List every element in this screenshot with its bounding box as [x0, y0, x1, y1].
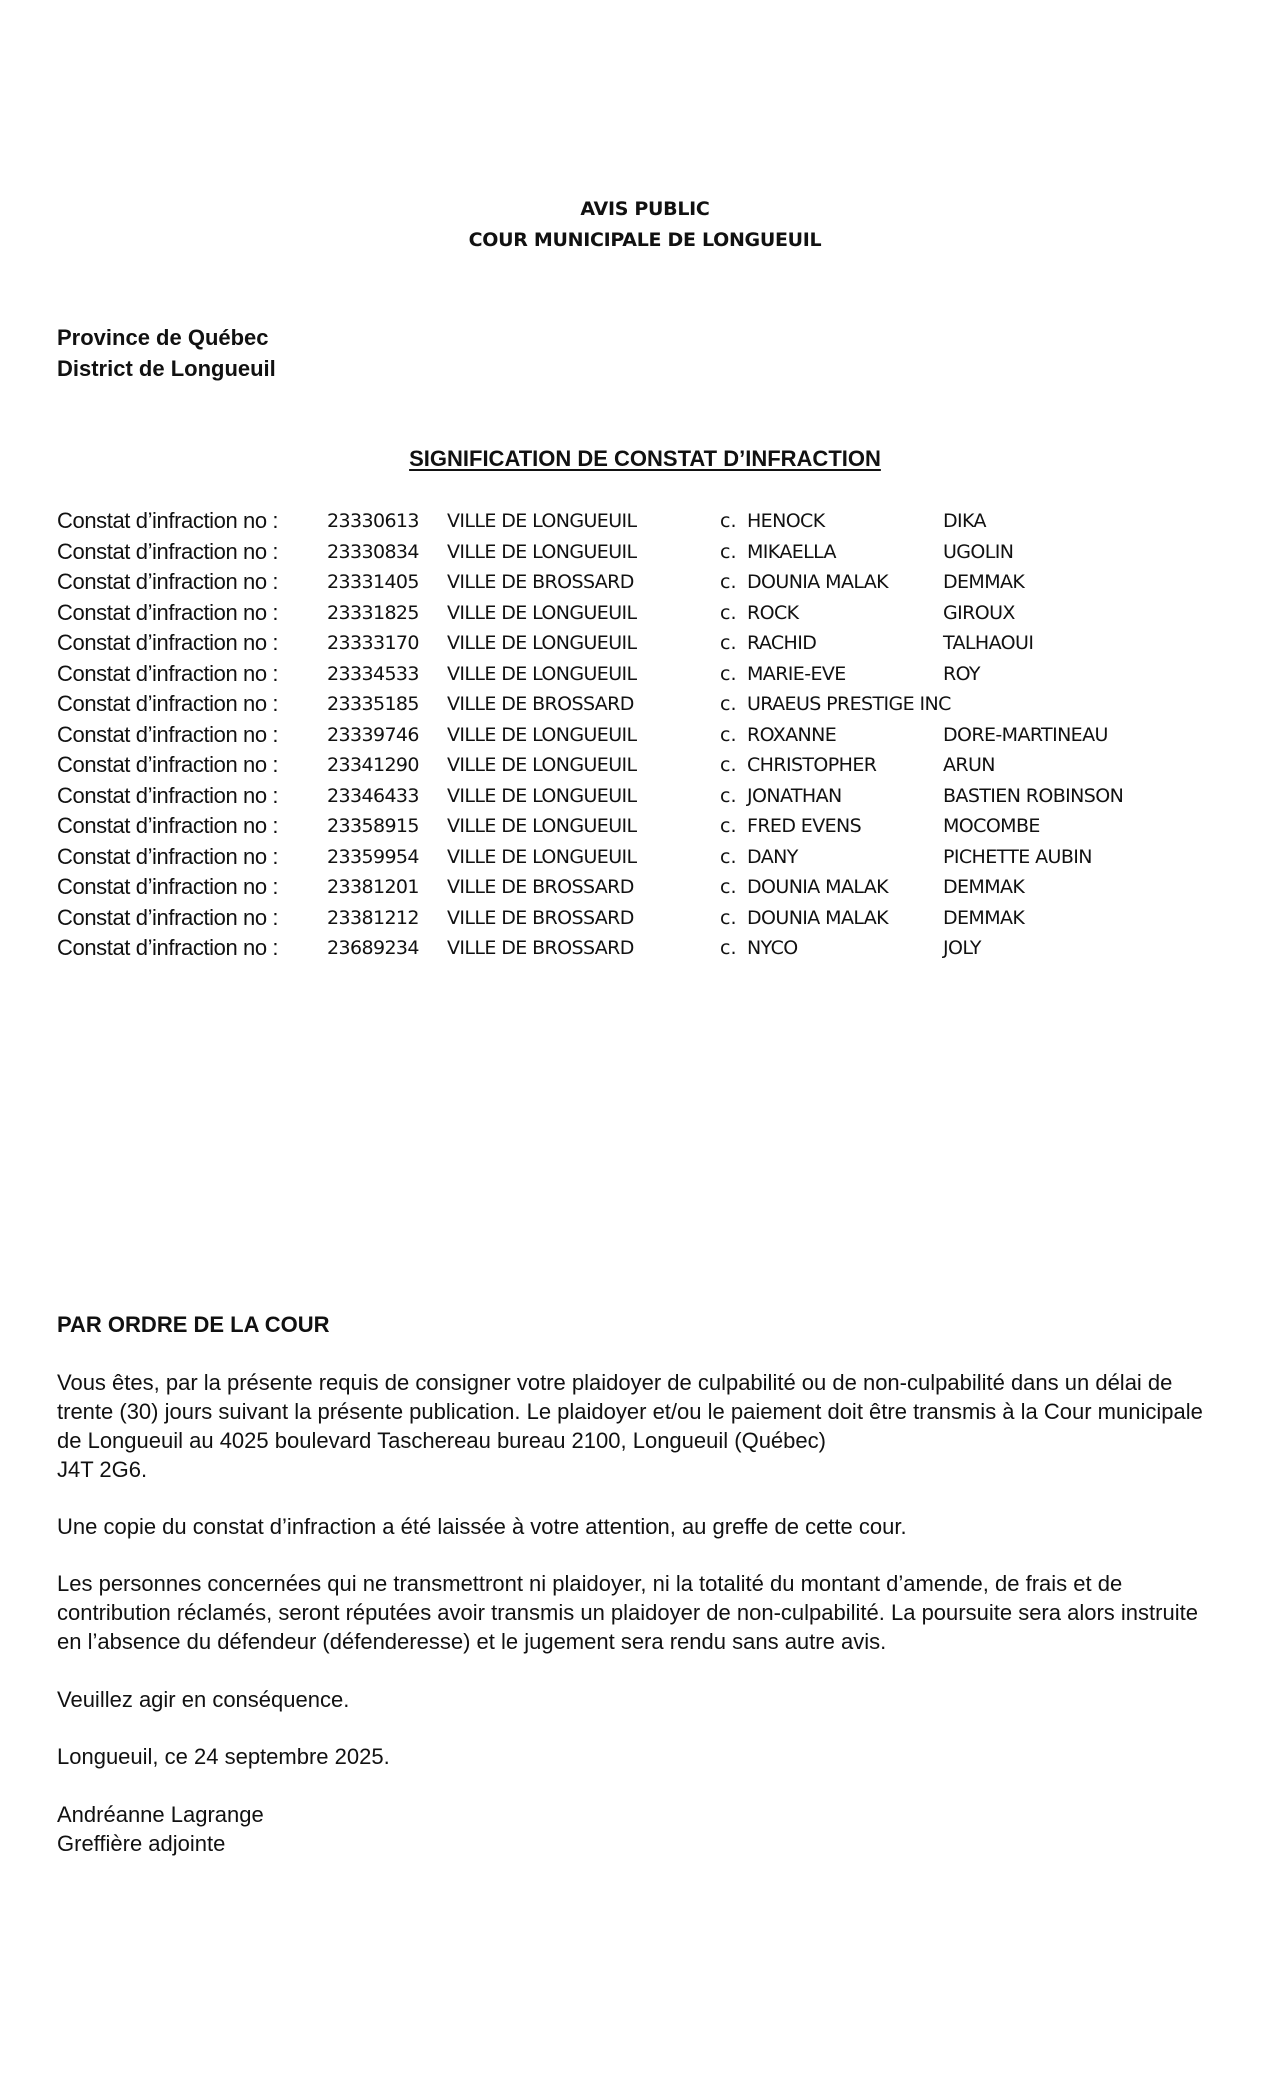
defendant-last-name: DORE-MARTINEAU	[943, 724, 1108, 746]
defendant-last-name: UGOLIN	[943, 541, 1013, 563]
constat-label: Constat d’infraction no :	[57, 813, 278, 839]
constat-row: Constat d’infraction no :23358915VILLE D…	[0, 813, 1275, 844]
plaintiff-name: VILLE DE LONGUEUIL	[447, 663, 637, 685]
constat-number: 23331825	[327, 602, 419, 624]
defendant-last-name: JOLY	[943, 937, 981, 959]
defendant-first-name: HENOCK	[747, 510, 825, 532]
constat-label: Constat d’infraction no :	[57, 539, 278, 565]
versus-marker: c.	[720, 663, 737, 685]
constat-label: Constat d’infraction no :	[57, 630, 278, 656]
plaintiff-name: VILLE DE LONGUEUIL	[447, 632, 637, 654]
defendant-first-name: MARIE-EVE	[747, 663, 846, 685]
defendant-last-name: DIKA	[943, 510, 986, 532]
constat-number: 23381212	[327, 907, 419, 929]
plea-instructions-text: Vous êtes, par la présente requis de con…	[57, 1368, 1217, 1455]
defendant-first-name: NYCO	[747, 937, 798, 959]
defendant-first-name: DOUNIA MALAK	[747, 876, 888, 898]
plaintiff-name: VILLE DE BROSSARD	[447, 571, 634, 593]
default-plea-paragraph: Les personnes concernées qui ne transmet…	[57, 1569, 1207, 1656]
defendant-first-name: JONATHAN	[747, 785, 842, 807]
copy-notice-paragraph: Une copie du constat d’infraction a été …	[57, 1512, 1227, 1541]
constat-row: Constat d’infraction no :23334533VILLE D…	[0, 661, 1275, 692]
versus-marker: c.	[720, 541, 737, 563]
constat-label: Constat d’infraction no :	[57, 783, 278, 809]
constat-number: 23346433	[327, 785, 419, 807]
defendant-last-name: DEMMAK	[943, 876, 1024, 898]
constat-row: Constat d’infraction no :23333170VILLE D…	[0, 630, 1275, 661]
plaintiff-name: VILLE DE LONGUEUIL	[447, 846, 637, 868]
constat-row: Constat d’infraction no :23339746VILLE D…	[0, 722, 1275, 753]
defendant-first-name: DOUNIA MALAK	[747, 571, 888, 593]
plaintiff-name: VILLE DE BROSSARD	[447, 693, 634, 715]
constat-row: Constat d’infraction no :23330613VILLE D…	[0, 508, 1275, 539]
defendant-first-name: ROCK	[747, 602, 798, 624]
plaintiff-name: VILLE DE LONGUEUIL	[447, 785, 637, 807]
defendant-first-name: RACHID	[747, 632, 816, 654]
plaintiff-name: VILLE DE LONGUEUIL	[447, 815, 637, 837]
constat-number: 23381201	[327, 876, 419, 898]
defendant-last-name: MOCOMBE	[943, 815, 1040, 837]
date-line: Longueuil, ce 24 septembre 2025.	[57, 1742, 1227, 1771]
versus-marker: c.	[720, 571, 737, 593]
constat-row: Constat d’infraction no :23330834VILLE D…	[0, 539, 1275, 570]
constat-row: Constat d’infraction no :23359954VILLE D…	[0, 844, 1275, 875]
district-label: District de Longueuil	[57, 356, 276, 382]
versus-marker: c.	[720, 510, 737, 532]
constat-row: Constat d’infraction no :23346433VILLE D…	[0, 783, 1275, 814]
defendant-first-name: DOUNIA MALAK	[747, 907, 888, 929]
province-label: Province de Québec	[57, 325, 269, 351]
versus-marker: c.	[720, 846, 737, 868]
constat-number: 23339746	[327, 724, 419, 746]
constat-label: Constat d’infraction no :	[57, 844, 278, 870]
signatory-name: Andréanne Lagrange	[57, 1800, 1227, 1829]
constat-label: Constat d’infraction no :	[57, 874, 278, 900]
defendant-last-name: GIROUX	[943, 602, 1015, 624]
versus-marker: c.	[720, 693, 737, 715]
constat-number: 23341290	[327, 754, 419, 776]
plaintiff-name: VILLE DE LONGUEUIL	[447, 541, 637, 563]
constat-number: 23330834	[327, 541, 419, 563]
versus-marker: c.	[720, 815, 737, 837]
defendant-last-name: BASTIEN ROBINSON	[943, 785, 1123, 807]
versus-marker: c.	[720, 602, 737, 624]
constat-label: Constat d’infraction no :	[57, 722, 278, 748]
signatory-title: Greffière adjointe	[57, 1829, 1227, 1858]
defendant-last-name: DEMMAK	[943, 907, 1024, 929]
plaintiff-name: VILLE DE BROSSARD	[447, 907, 634, 929]
versus-marker: c.	[720, 785, 737, 807]
constat-row: Constat d’infraction no :23689234VILLE D…	[0, 935, 1275, 966]
order-heading: PAR ORDRE DE LA COUR	[57, 1310, 1227, 1339]
plaintiff-name: VILLE DE LONGUEUIL	[447, 724, 637, 746]
constat-number: 23331405	[327, 571, 419, 593]
constat-number: 23358915	[327, 815, 419, 837]
plaintiff-name: VILLE DE BROSSARD	[447, 876, 634, 898]
signature-block: Andréanne Lagrange Greffière adjointe	[57, 1800, 1227, 1858]
constat-number: 23359954	[327, 846, 419, 868]
versus-marker: c.	[720, 937, 737, 959]
constat-number: 23333170	[327, 632, 419, 654]
constat-number: 23334533	[327, 663, 419, 685]
constat-row: Constat d’infraction no :23335185VILLE D…	[0, 691, 1275, 722]
versus-marker: c.	[720, 907, 737, 929]
versus-marker: c.	[720, 724, 737, 746]
constat-label: Constat d’infraction no :	[57, 752, 278, 778]
defendant-first-name: FRED EVENS	[747, 815, 861, 837]
constat-row: Constat d’infraction no :23381212VILLE D…	[0, 905, 1275, 936]
postal-code: J4T 2G6.	[57, 1455, 1227, 1484]
section-title: SIGNIFICATION DE CONSTAT D’INFRACTION	[0, 446, 1275, 472]
versus-marker: c.	[720, 876, 737, 898]
plaintiff-name: VILLE DE LONGUEUIL	[447, 510, 637, 532]
plaintiff-name: VILLE DE LONGUEUIL	[447, 602, 637, 624]
constat-label: Constat d’infraction no :	[57, 600, 278, 626]
defendant-first-name: CHRISTOPHER	[747, 754, 876, 776]
public-notice-page: AVIS PUBLIC COUR MUNICIPALE DE LONGUEUIL…	[0, 0, 1275, 2100]
constat-list: Constat d’infraction no :23330613VILLE D…	[0, 508, 1275, 966]
defendant-first-name: DANY	[747, 846, 798, 868]
defendant-last-name: ARUN	[943, 754, 995, 776]
constat-label: Constat d’infraction no :	[57, 905, 278, 931]
versus-marker: c.	[720, 632, 737, 654]
defendant-last-name: PICHETTE AUBIN	[943, 846, 1092, 868]
constat-row: Constat d’infraction no :23341290VILLE D…	[0, 752, 1275, 783]
defendant-first-name: URAEUS PRESTIGE INC	[747, 693, 951, 715]
notice-title: AVIS PUBLIC	[0, 198, 1275, 220]
defendant-last-name: ROY	[943, 663, 980, 685]
constat-row: Constat d’infraction no :23381201VILLE D…	[0, 874, 1275, 905]
defendant-first-name: ROXANNE	[747, 724, 836, 746]
constat-label: Constat d’infraction no :	[57, 691, 278, 717]
plaintiff-name: VILLE DE BROSSARD	[447, 937, 634, 959]
constat-label: Constat d’infraction no :	[57, 569, 278, 595]
constat-row: Constat d’infraction no :23331405VILLE D…	[0, 569, 1275, 600]
defendant-last-name: TALHAOUI	[943, 632, 1033, 654]
constat-number: 23330613	[327, 510, 419, 532]
defendant-first-name: MIKAELLA	[747, 541, 836, 563]
act-accordingly-paragraph: Veuillez agir en conséquence.	[57, 1685, 1227, 1714]
plaintiff-name: VILLE DE LONGUEUIL	[447, 754, 637, 776]
constat-label: Constat d’infraction no :	[57, 935, 278, 961]
constat-number: 23335185	[327, 693, 419, 715]
plea-instructions-paragraph: Vous êtes, par la présente requis de con…	[57, 1368, 1227, 1484]
court-name: COUR MUNICIPALE DE LONGUEUIL	[0, 229, 1275, 251]
constat-number: 23689234	[327, 937, 419, 959]
constat-row: Constat d’infraction no :23331825VILLE D…	[0, 600, 1275, 631]
constat-label: Constat d’infraction no :	[57, 508, 278, 534]
defendant-last-name: DEMMAK	[943, 571, 1024, 593]
constat-label: Constat d’infraction no :	[57, 661, 278, 687]
versus-marker: c.	[720, 754, 737, 776]
